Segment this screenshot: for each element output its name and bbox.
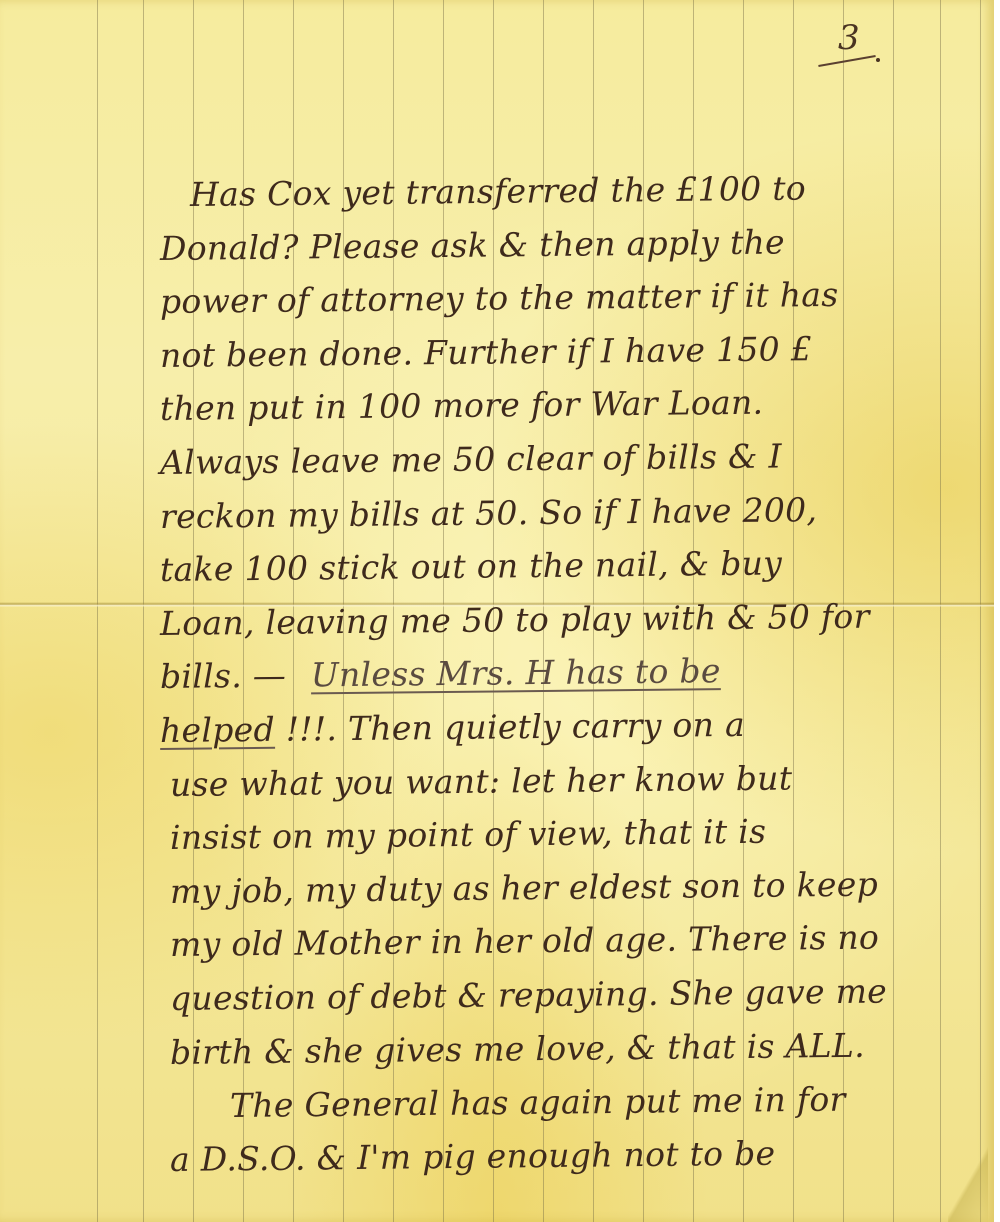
letter-line: reckon my bills at 50. So if I have 200, bbox=[160, 481, 971, 543]
letter-line: Loan, leaving me 50 to play with & 50 fo… bbox=[160, 588, 971, 650]
letter-line: power of attorney to the matter if it ha… bbox=[160, 267, 971, 329]
underlined-word: helped bbox=[160, 710, 275, 750]
page-number-dot bbox=[876, 58, 880, 62]
letter-line: a D.S.O. & I'm pig enough not to be bbox=[170, 1124, 971, 1186]
letter-body: Has Cox yet transferred the £100 to Dona… bbox=[170, 168, 970, 1186]
letter-line: Has Cox yet transferred the £100 to bbox=[190, 160, 971, 222]
page-number: 3 bbox=[838, 18, 860, 58]
letter-line: question of debt & repaying. She gave me bbox=[170, 964, 971, 1026]
letter-line: then put in 100 more for War Loan. bbox=[160, 374, 971, 436]
letter-line: The General has again put me in for bbox=[230, 1071, 971, 1132]
letter-text: bills. — bbox=[160, 656, 287, 696]
letter-line: not been done. Further if I have 150 £ bbox=[160, 320, 971, 382]
rule-line bbox=[143, 0, 144, 1222]
letter-line: use what you want: let her know but bbox=[170, 749, 971, 811]
letter-line: birth & she gives me love, & that is ALL… bbox=[170, 1017, 971, 1079]
letter-line: bills. — Unless Mrs. H has to be bbox=[160, 642, 971, 704]
rule-line bbox=[980, 0, 981, 1222]
letter-line: Always leave me 50 clear of bills & I bbox=[160, 427, 971, 489]
letter-page: 3 Has Cox yet transferred the £100 to Do… bbox=[0, 0, 994, 1222]
letter-line: helped !!!. Then quietly carry on a bbox=[160, 695, 971, 757]
letter-line: take 100 stick out on the nail, & buy bbox=[160, 535, 971, 597]
letter-line: my job, my duty as her eldest son to kee… bbox=[170, 856, 971, 918]
letter-line: my old Mother in her old age. There is n… bbox=[170, 910, 971, 972]
letter-line: insist on my point of view, that it is bbox=[170, 803, 971, 865]
letter-line: Donald? Please ask & then apply the bbox=[160, 213, 971, 275]
pencil-insert: Unless Mrs. H has to be bbox=[311, 651, 721, 694]
letter-text: !!!. Then quietly carry on a bbox=[286, 705, 746, 749]
rule-line bbox=[97, 0, 98, 1222]
